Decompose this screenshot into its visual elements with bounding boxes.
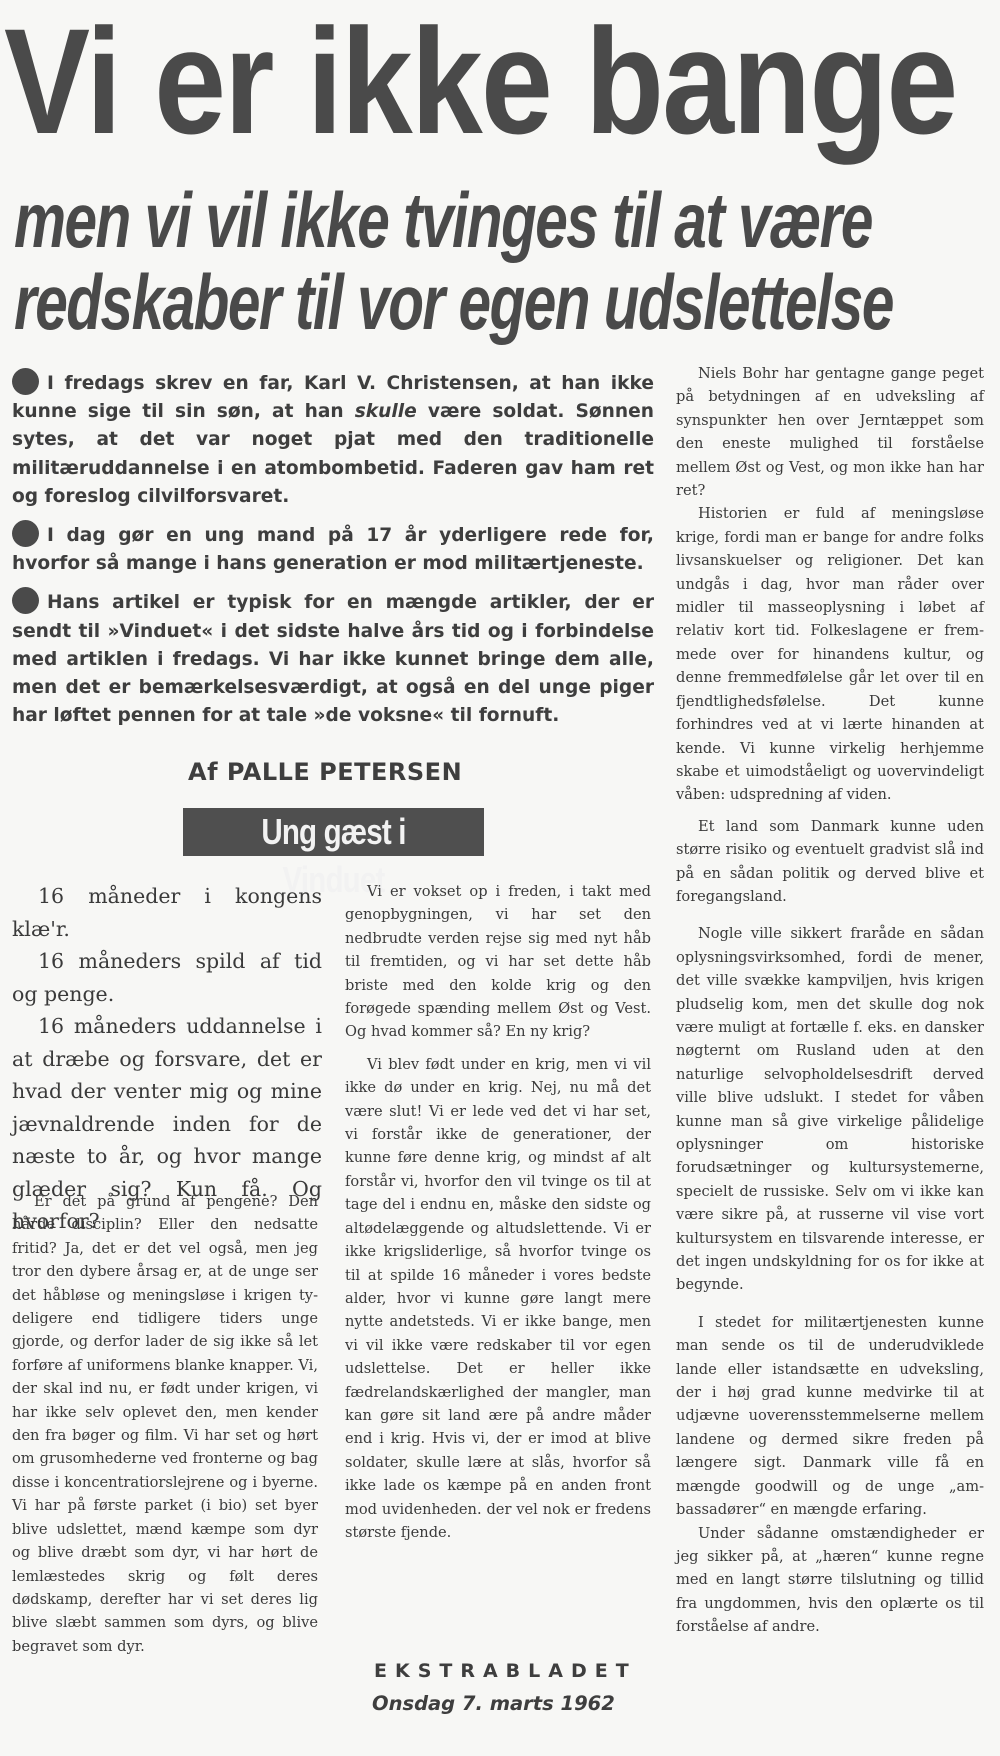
left-body-column: Er det på grund af pengene? Den hårde di… xyxy=(12,1190,318,1658)
headline-subtitle-line-2: redskaber til vor egen udslettelse xyxy=(14,262,764,342)
lead-column: 16 måneder i kongens klæ'r. 16 måneders … xyxy=(12,880,322,1238)
intro-text: Hans artikel er typisk for en mængde art… xyxy=(12,592,654,726)
middle-body-column: Vi er vokset op i freden, i takt med gen… xyxy=(345,880,651,1544)
headline-subtitle-line-1: men vi vil ikke tvinges til at være xyxy=(14,180,764,260)
intro-paragraph: I fredags skrev en far, Karl V. Christen… xyxy=(12,368,654,511)
body-paragraph: Nogle ville sikkert fraråde en sådan opl… xyxy=(676,922,984,1297)
body-paragraph: Under sådanne omstændigheder er jeg sikk… xyxy=(676,1522,984,1639)
intro-paragraph: I dag gør en ung mand på 17 år yderliger… xyxy=(12,520,654,578)
bullet-icon xyxy=(12,520,39,547)
right-body-column: Niels Bohr har gentagne gange peget på b… xyxy=(676,362,984,1639)
publication-name: EKSTRABLADET xyxy=(374,1660,624,1682)
body-paragraph: Vi blev født under en krig, men vi vil i… xyxy=(345,1053,651,1545)
body-paragraph: Vi er vokset op i freden, i takt med gen… xyxy=(345,880,651,1044)
bullet-icon xyxy=(12,587,39,614)
body-paragraph: Et land som Danmark kunne uden større ri… xyxy=(676,815,984,909)
byline: Af PALLE PETERSEN xyxy=(188,758,508,786)
body-paragraph: I stedet for militærtjenesten kunne man … xyxy=(676,1311,984,1522)
intro-emphasis: skulle xyxy=(355,401,417,422)
body-paragraph: Er det på grund af pengene? Den hårde di… xyxy=(12,1190,318,1658)
intro-text: I dag gør en ung mand på 17 år yderliger… xyxy=(12,525,654,574)
body-paragraph: Niels Bohr har gentagne gange peget på b… xyxy=(676,362,984,502)
publication-date: Onsdag 7. marts 1962 xyxy=(372,1692,652,1715)
intro-paragraph: Hans artikel er typisk for en mængde art… xyxy=(12,587,654,730)
body-paragraph: Historien er fuld af meningsløse krige, … xyxy=(676,502,984,806)
intro-section: I fredags skrev en far, Karl V. Christen… xyxy=(12,368,654,739)
headline-main: Vi er ikke bange xyxy=(4,6,861,156)
lead-paragraph: 16 måneder i kongens klæ'r. xyxy=(12,880,322,945)
lead-paragraph: 16 måneders spild af tid og penge. xyxy=(12,945,322,1010)
bullet-icon xyxy=(12,368,39,395)
column-tag: Ung gæst i Vinduet xyxy=(183,808,484,856)
